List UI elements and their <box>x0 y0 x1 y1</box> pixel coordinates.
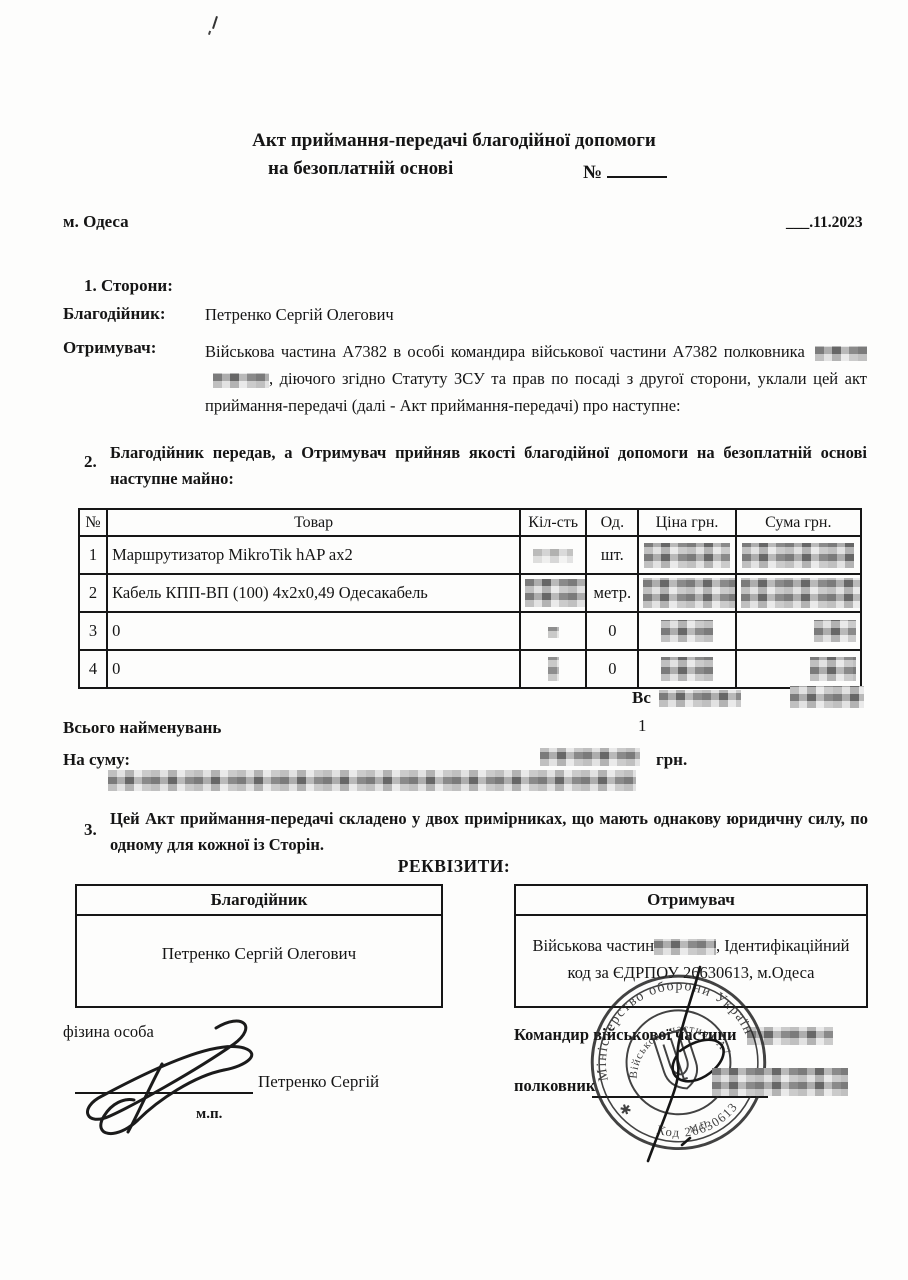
recipient-text-before: Військова частина А7382 в особі командир… <box>205 342 805 361</box>
cell-price-redacted <box>638 650 735 688</box>
currency-label: грн. <box>656 750 687 770</box>
recipient-paragraph: Військова частина А7382 в особі командир… <box>205 338 867 419</box>
col-header-price: Ціна грн. <box>638 509 735 536</box>
section2-number: 2. <box>84 452 97 472</box>
table-row: 2 Кабель КПП-ВП (100) 4х2х0,49 Одесакабе… <box>79 574 861 612</box>
cell-qty-redacted <box>520 536 586 574</box>
donor-box-name: Петренко Сергій Олегович <box>77 916 441 964</box>
col-header-unit: Од. <box>586 509 638 536</box>
date-label: ___.11.2023 <box>786 214 863 232</box>
col-header-sum: Сума грн. <box>736 509 861 536</box>
handwritten-signature <box>66 1008 306 1138</box>
cell-num: 4 <box>79 650 107 688</box>
donor-box-header: Благодійник <box>77 886 441 916</box>
cell-price-redacted <box>638 574 735 612</box>
section2-text: Благодійник передав, а Отримувач прийняв… <box>110 440 867 492</box>
items-total-value: 1 <box>638 716 647 736</box>
redacted-name-block <box>213 373 269 388</box>
redacted-signer-name <box>712 1068 848 1096</box>
col-header-qty: Кіл-сть <box>520 509 586 536</box>
items-total-label: Всього найменувань <box>63 718 221 738</box>
city-label: м. Одеса <box>63 212 129 232</box>
cell-item: Кабель КПП-ВП (100) 4х2х0,49 Одесакабель <box>107 574 520 612</box>
cell-price-redacted <box>638 612 735 650</box>
redacted-sum-value <box>540 748 640 766</box>
redacted-name-block <box>815 346 867 361</box>
document-page: Акт приймання-передачі благодійної допом… <box>0 0 908 1280</box>
cell-unit: 0 <box>586 612 638 650</box>
donor-box: Благодійник Петренко Сергій Олегович <box>75 884 443 1008</box>
goods-table: № Товар Кіл-сть Од. Ціна грн. Сума грн. … <box>78 508 862 689</box>
cell-qty-redacted <box>520 612 586 650</box>
cell-sum-redacted <box>736 650 861 688</box>
cell-item: Маршрутизатор MikroTik hAP ax2 <box>107 536 520 574</box>
redacted-total-price <box>659 690 741 707</box>
donor-name: Петренко Сергій Олегович <box>205 305 394 325</box>
cell-sum-redacted <box>736 612 861 650</box>
cell-sum-redacted <box>736 574 861 612</box>
cell-num: 3 <box>79 612 107 650</box>
requisites-heading: РЕКВІЗИТИ: <box>0 856 908 877</box>
cell-qty-redacted <box>520 650 586 688</box>
cell-item: 0 <box>107 650 520 688</box>
donor-label: Благодійник: <box>63 304 166 324</box>
cell-unit: 0 <box>586 650 638 688</box>
table-row: 4 0 0 <box>79 650 861 688</box>
document-subtitle: на безоплатній основі <box>268 158 453 180</box>
document-number: № <box>583 158 667 184</box>
redacted-total-sum <box>790 686 864 708</box>
cell-price-redacted <box>638 536 735 574</box>
cell-num: 1 <box>79 536 107 574</box>
table-row: 1 Маршрутизатор MikroTik hAP ax2 шт. <box>79 536 861 574</box>
number-label: № <box>583 162 602 183</box>
recipient-box-before: Військова частин <box>533 936 655 955</box>
cell-sum-redacted <box>736 536 861 574</box>
document-title: Акт приймання-передачі благодійної допом… <box>0 130 908 152</box>
recipient-box-header: Отримувач <box>516 886 866 916</box>
section1-heading: 1. Сторони: <box>84 276 173 296</box>
recipient-label: Отримувач: <box>63 338 156 358</box>
cell-unit: метр. <box>586 574 638 612</box>
cell-num: 2 <box>79 574 107 612</box>
cell-qty-redacted <box>520 574 586 612</box>
sum-label: На суму: <box>63 750 130 770</box>
stray-mark <box>212 16 218 29</box>
number-blank <box>607 158 667 178</box>
col-header-num: № <box>79 509 107 536</box>
cell-item: 0 <box>107 612 520 650</box>
col-header-item: Товар <box>107 509 520 536</box>
redacted-sum-words <box>108 770 636 791</box>
table-row: 3 0 0 <box>79 612 861 650</box>
section3-number: 3. <box>84 820 97 840</box>
recipient-text-after: , діючого згідно Статуту ЗСУ та прав по … <box>205 369 867 415</box>
total-prefix: Вс <box>632 688 651 708</box>
cell-unit: шт. <box>586 536 638 574</box>
table-header-row: № Товар Кіл-сть Од. Ціна грн. Сума грн. <box>79 509 861 536</box>
section3-text: Цей Акт приймання-передачі складено у дв… <box>110 806 868 858</box>
